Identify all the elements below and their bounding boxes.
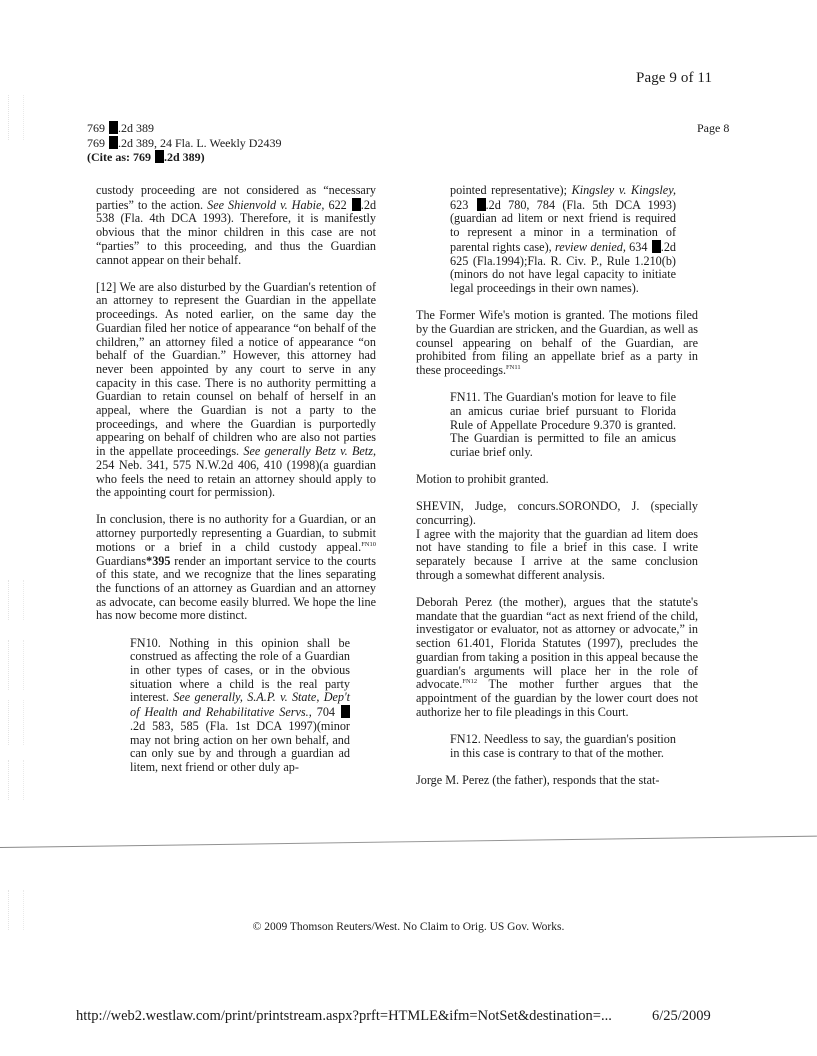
scan-artifact	[8, 640, 24, 690]
scan-artifact	[8, 580, 24, 620]
citation-volume: 769	[87, 121, 105, 135]
text: 254 Neb. 341, 575 N.W.2d 406, 410 (1998)…	[96, 458, 376, 499]
scan-artifact	[8, 700, 24, 745]
page-of-indicator: Page 9 of 11	[636, 70, 712, 87]
text: 704	[312, 705, 335, 719]
footnote-ref-fn11[interactable]: FN11	[506, 364, 521, 371]
text: 623	[450, 198, 468, 212]
text: pointed representative);	[450, 183, 572, 197]
redaction-block	[652, 240, 661, 253]
text: [12] We are also disturbed by the Guardi…	[96, 280, 376, 458]
case-citation: review denied,	[555, 240, 626, 254]
concurrence-heading: SHEVIN, Judge, concurs.SORONDO, J. (spec…	[416, 500, 698, 527]
star-page-marker: *395	[146, 554, 170, 568]
paragraph-disposition: Motion to prohibit granted.	[416, 473, 698, 487]
text: 622	[324, 198, 346, 212]
footnote-ref-fn10[interactable]: FN10	[361, 541, 376, 548]
cite-as-reporter: .2d 389)	[164, 150, 205, 164]
citation-volume: 769	[87, 136, 105, 150]
text: .2d 583, 585 (Fla. 1st DCA 1997)(minor m…	[130, 719, 350, 774]
paragraph-mother-argument: Deborah Perez (the mother), argues that …	[416, 596, 698, 719]
page-label: Page 8	[697, 121, 729, 136]
case-citation: See Shienvold v. Habie,	[207, 198, 324, 212]
text: 634	[626, 240, 648, 254]
page-divider-rule	[0, 836, 817, 848]
left-column: custody proceeding are not considered as…	[96, 184, 376, 775]
citation-line-2: 769 .2d 389, 24 Fla. L. Weekly D2439	[87, 136, 281, 151]
paragraph-father-response: Jorge M. Perez (the father), responds th…	[416, 774, 698, 788]
case-citation: Kingsley v. Kingsley,	[572, 183, 676, 197]
footnote-fn12: FN12. Needless to say, the guardian's po…	[450, 733, 676, 760]
citation-reporter: .2d 389	[118, 121, 154, 135]
redaction-block	[155, 150, 164, 163]
text: In conclusion, there is no authority for…	[96, 512, 376, 553]
paragraph-motion-granted: The Former Wife's motion is granted. The…	[416, 309, 698, 378]
redaction-block	[352, 198, 361, 211]
redaction-block	[109, 136, 118, 149]
print-date: 6/25/2009	[652, 1008, 711, 1025]
copyright-notice: © 2009 Thomson Reuters/West. No Claim to…	[0, 921, 817, 933]
scan-artifact	[8, 95, 24, 140]
footnote-fn11: FN11. The Guardian's motion for leave to…	[450, 391, 676, 460]
scan-artifact	[8, 760, 24, 800]
paragraph-parties: custody proceeding are not considered as…	[96, 184, 376, 267]
citation-line-1: 769 .2d 389	[87, 121, 281, 136]
footnote-fn10: FN10. Nothing in this opinion shall be c…	[130, 637, 350, 775]
print-url[interactable]: http://web2.westlaw.com/print/printstrea…	[76, 1008, 612, 1025]
paragraph-conclusion: In conclusion, there is no authority for…	[96, 513, 376, 623]
footnote-ref-fn12[interactable]: FN12	[462, 678, 477, 685]
text: Guardians	[96, 554, 146, 568]
cite-as-prefix: (Cite as: 769	[87, 150, 151, 164]
citation-header: 769 .2d 389 769 .2d 389, 24 Fla. L. Week…	[87, 121, 281, 165]
text: I agree with the majority that the guard…	[416, 527, 698, 582]
redaction-block	[341, 705, 350, 718]
paragraph-12: [12] We are also disturbed by the Guardi…	[96, 281, 376, 500]
citation-reporter: .2d 389, 24 Fla. L. Weekly D2439	[118, 136, 281, 150]
text: The Former Wife's motion is granted. The…	[416, 308, 698, 377]
paragraph-concurrence: SHEVIN, Judge, concurs.SORONDO, J. (spec…	[416, 500, 698, 582]
footnote-fn10-continued: pointed representative); Kingsley v. Kin…	[450, 184, 676, 296]
cite-as-line: (Cite as: 769 .2d 389)	[87, 150, 281, 165]
redaction-block	[109, 121, 118, 134]
right-column: pointed representative); Kingsley v. Kin…	[416, 184, 698, 801]
case-citation: See generally Betz v. Betz,	[243, 444, 376, 458]
redaction-block	[477, 198, 486, 211]
